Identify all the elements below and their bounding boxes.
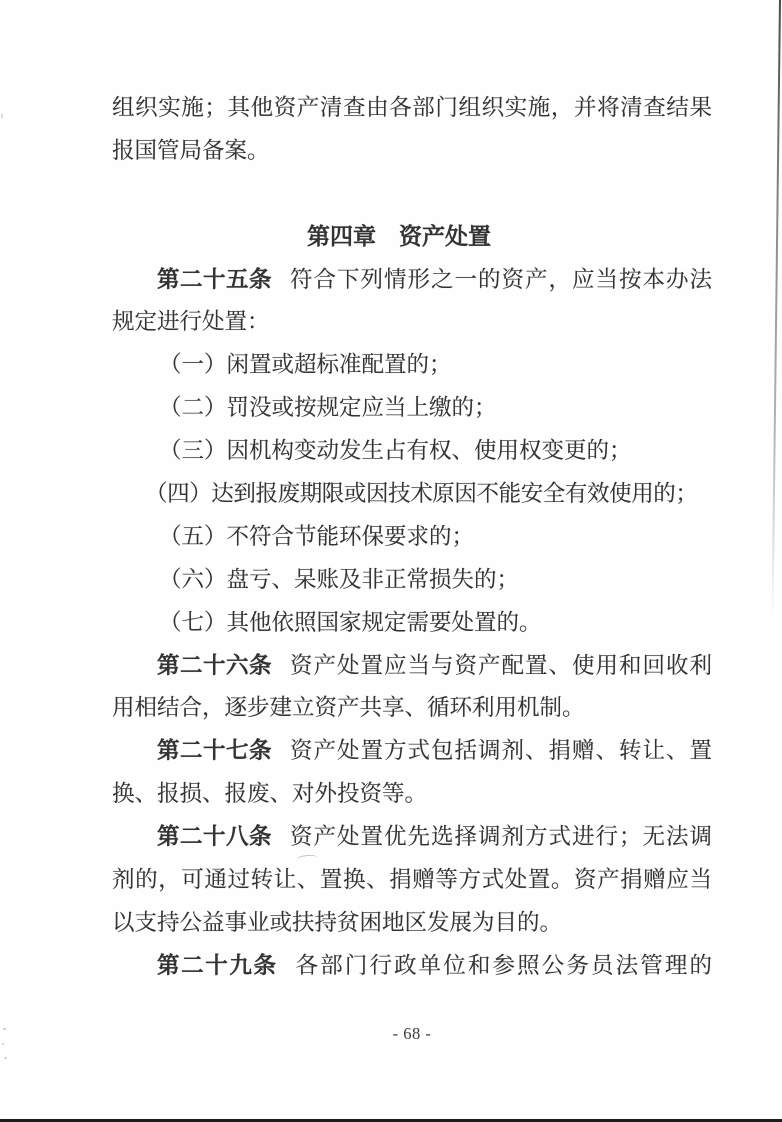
scan-speckle	[2, 1043, 4, 1045]
article-line: 第二十五条符合下列情形之一的资产，应当按本办法	[112, 259, 712, 302]
article-text: 符合下列情形之一的资产，应当按本办法	[290, 267, 712, 292]
list-item-line: （六）盘亏、呆账及非正常损失的；	[112, 559, 712, 602]
document-page: 组织实施；其他资产清查由各部门组织实施，并将清查结果报国管局备案。第四章 资产处…	[0, 0, 782, 1122]
text-line: 换、报损、报废、对外投资等。	[112, 773, 712, 816]
list-item-line: （五）不符合节能环保要求的；	[112, 516, 712, 559]
text-line: 以支持公益事业或扶持贫困地区发展为目的。	[112, 902, 712, 945]
list-item-line: （三）因机构变动发生占有权、使用权变更的；	[112, 430, 712, 473]
article-line: 第二十六条资产处置应当与资产配置、使用和回收利	[112, 645, 712, 688]
article-number: 第二十八条	[157, 824, 272, 849]
article-number: 第二十五条	[157, 267, 272, 292]
text-line: 用相结合，逐步建立资产共享、循环利用机制。	[112, 687, 712, 730]
chapter-heading: 第四章 资产处置	[112, 216, 712, 259]
list-item-line: （一）闲置或超标准配置的；	[112, 344, 712, 387]
text-line: 剂的，可通过转让、置换、捐赠等方式处置。资产捐赠应当	[112, 859, 712, 902]
scan-speckle	[3, 1028, 6, 1030]
article-number: 第二十六条	[157, 653, 272, 678]
article-text: 各部门行政单位和参照公务员法管理的	[296, 953, 712, 978]
list-item-line: （七）其他依照国家规定需要处置的。	[112, 602, 712, 645]
page-number: - 68 -	[112, 1024, 726, 1044]
text-line: 报国管局备案。	[112, 130, 712, 173]
list-item-line: （二）罚没或按规定应当上缴的；	[112, 387, 712, 430]
scan-speckle	[1, 113, 3, 119]
article-text: 资产处置方式包括调剂、捐赠、转让、置	[290, 738, 712, 763]
article-line: 第二十八条资产处置优先选择调剂方式进行；无法调	[112, 816, 712, 859]
list-item-line: （四）达到报废期限或因技术原因不能安全有效使用的；	[112, 473, 712, 516]
scan-speckle	[4, 1057, 7, 1059]
article-text: 资产处置应当与资产配置、使用和回收利	[290, 653, 712, 678]
document-text-column: 组织实施；其他资产清查由各部门组织实施，并将清查结果报国管局备案。第四章 资产处…	[112, 87, 712, 988]
article-line: 第二十九条各部门行政单位和参照公务员法管理的	[112, 945, 712, 988]
article-line: 第二十七条资产处置方式包括调剂、捐赠、转让、置	[112, 730, 712, 773]
article-number: 第二十九条	[157, 953, 278, 978]
text-line: 规定进行处置：	[112, 301, 712, 344]
scan-edge-right	[771, 0, 781, 620]
text-line: 组织实施；其他资产清查由各部门组织实施，并将清查结果	[112, 87, 712, 130]
article-text: 资产处置优先选择调剂方式进行；无法调	[290, 824, 712, 849]
article-number: 第二十七条	[157, 738, 272, 763]
